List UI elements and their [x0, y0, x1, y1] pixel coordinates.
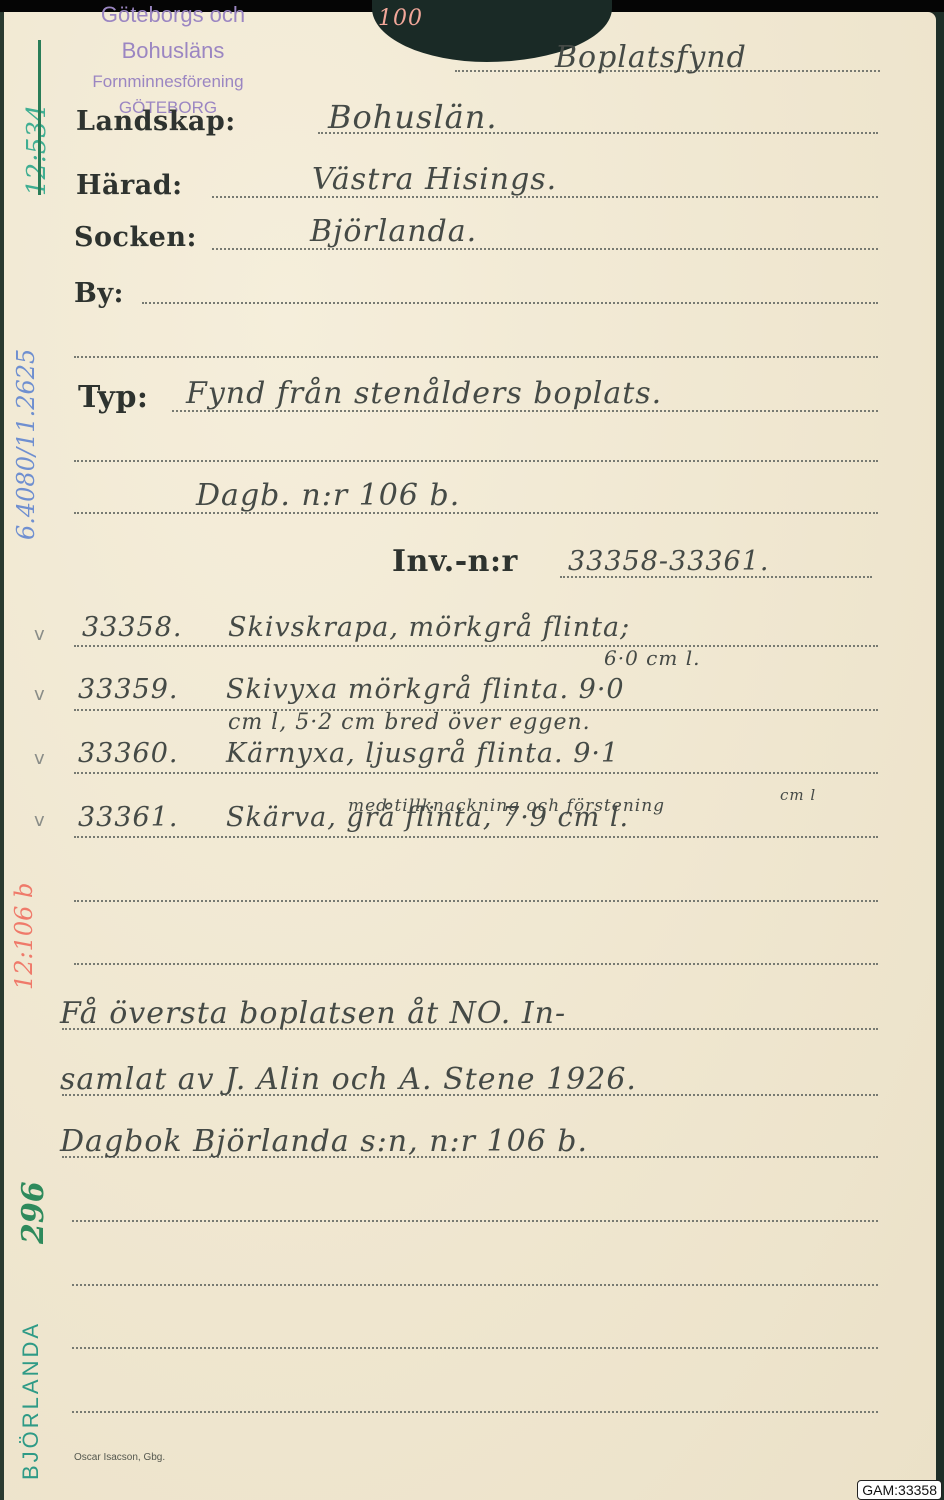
dagbok-line	[74, 512, 878, 514]
item-line	[74, 645, 878, 647]
check-mark: v	[34, 810, 45, 831]
by-line	[142, 302, 878, 304]
landskap-label: Landskap:	[76, 106, 236, 137]
item-continuation: cm l, 5·2 cm bred över eggen.	[228, 710, 591, 735]
item-number: 33359.	[78, 674, 178, 705]
item-number: 33358.	[82, 612, 182, 643]
margin-green-number: 296	[16, 1181, 51, 1244]
item-description: Skivskrapa, mörkgrå flinta;	[228, 612, 630, 643]
stamp-line-1: Göteborgs och	[48, 2, 298, 28]
item-line	[74, 836, 878, 838]
notes-text-2: samlat av J. Alin och A. Stene 1926.	[60, 1062, 637, 1097]
margin-red-note: 12:106 b	[10, 883, 38, 990]
item-continuation: 6·0 cm l.	[604, 646, 700, 670]
strike-through-line	[38, 40, 41, 195]
stamp-line-2: Bohusläns	[48, 38, 298, 64]
margin-parish-stamp: BJÖRLANDA	[18, 1321, 44, 1480]
item-description: Skivyxa mörkgrå flinta. 9·0	[226, 674, 625, 705]
check-mark: v	[34, 624, 45, 645]
blank-line-1	[74, 356, 878, 358]
blank-line-3	[74, 963, 878, 965]
blank-line-6	[72, 1347, 878, 1349]
check-mark: v	[34, 684, 45, 705]
harad-label: Härad:	[76, 170, 183, 201]
notes-text-1: Få översta boplatsen åt NO. In-	[60, 996, 566, 1031]
item-description: Skärva, grå flinta, 7·9 cm l.	[226, 802, 629, 833]
harad-value: Västra Hisings.	[312, 162, 557, 197]
blank-line-4	[72, 1220, 878, 1222]
blank-line-2	[74, 900, 878, 902]
check-mark: v	[34, 748, 45, 769]
item-insertion-2: cm l	[780, 786, 816, 804]
socken-label: Socken:	[74, 222, 197, 253]
item-number: 33360.	[78, 738, 178, 769]
blank-line-5	[72, 1284, 878, 1286]
margin-blue-note: 6.4080/11.2625	[12, 349, 40, 540]
typ-label: Typ:	[78, 380, 149, 415]
archive-id-badge: GAM:33358	[857, 1480, 942, 1500]
dagbok-value: Dagb. n:r 106 b.	[196, 478, 460, 513]
stamp-line-3: Fornminnesförening	[48, 72, 288, 92]
typ-line-2	[74, 460, 878, 462]
typ-value: Fynd från stenålders boplats.	[186, 376, 662, 411]
item-description: Kärnyxa, ljusgrå flinta. 9·1	[226, 738, 619, 769]
printer-credit: Oscar Isacson, Gbg.	[74, 1452, 165, 1463]
notes-text-3: Dagbok Björlanda s:n, n:r 106 b.	[60, 1124, 588, 1159]
by-label: By:	[74, 278, 124, 309]
inv-value: 33358-33361.	[568, 546, 770, 577]
item-line	[74, 772, 878, 774]
category-value: Boplatsfynd	[555, 40, 747, 75]
socken-value: Björlanda.	[310, 214, 477, 249]
red-top-mark: 100	[378, 6, 423, 31]
margin-green-struck-note: 12:534	[22, 105, 52, 196]
item-number: 33361.	[78, 802, 178, 833]
landskap-value: Bohuslän.	[328, 98, 498, 136]
inv-label: Inv.-n:r	[392, 544, 518, 579]
scan-right-border	[936, 12, 944, 1500]
blank-line-7	[72, 1411, 878, 1413]
